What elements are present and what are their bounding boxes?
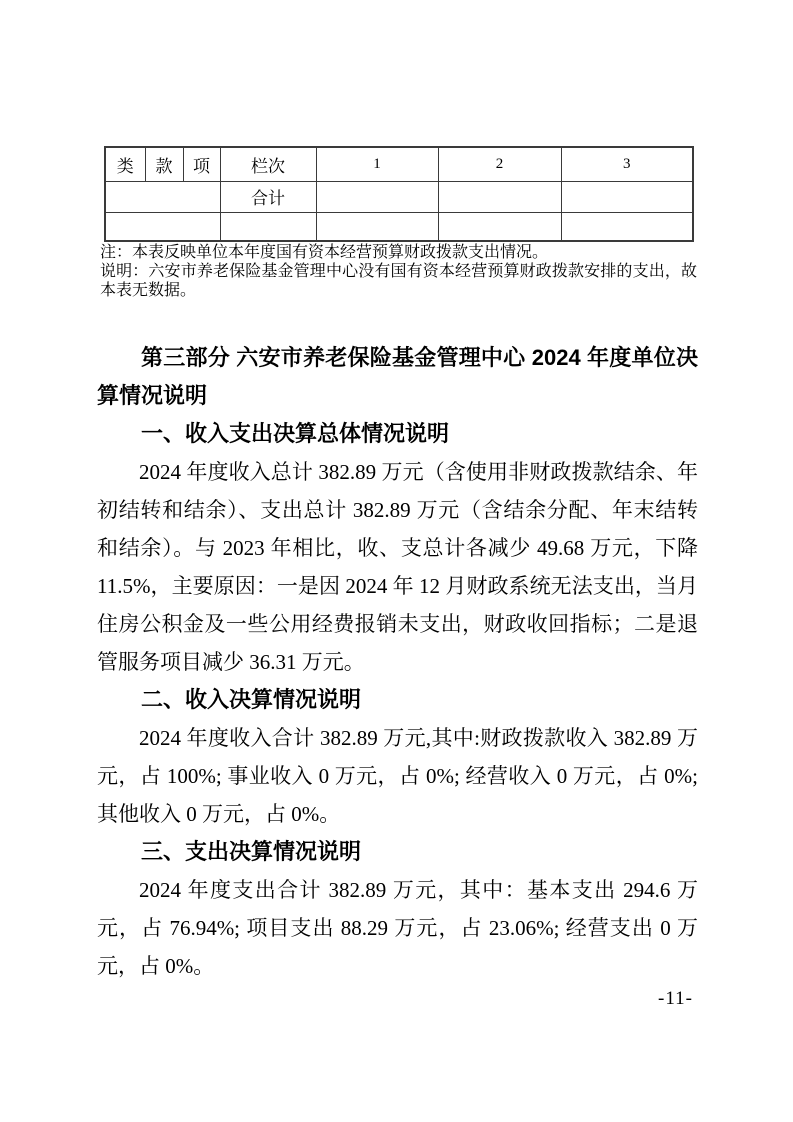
header-cell-category: 类 [105, 147, 145, 181]
section2-paragraph: 2024 年度收入合计 382.89 万元,其中:财政拨款收入 382.89 万… [97, 719, 698, 833]
header-cell-col2: 2 [438, 147, 561, 181]
section1-paragraph: 2024 年度收入总计 382.89 万元（含使用非财政拨款结余、年初结转和结余… [97, 453, 698, 681]
document-page: 类 款 项 栏次 1 2 3 合计 [0, 0, 793, 1122]
header-cell-section: 款 [145, 147, 183, 181]
section2-heading: 二、收入决算情况说明 [97, 681, 698, 719]
section1-heading: 一、收入支出决算总体情况说明 [97, 415, 698, 453]
part3-heading: 第三部分 六安市养老保险基金管理中心 2024 年度单位决算情况说明 [97, 339, 698, 415]
table-total-row: 合计 [105, 181, 693, 212]
table-explanation-line: 说明：六安市养老保险基金管理中心没有国有资本经营预算财政拨款安排的支出，故本表无… [100, 262, 697, 300]
empty-row-value-cell-2 [438, 212, 561, 241]
empty-row-label-cell [220, 212, 316, 241]
total-row-label-cell: 合计 [220, 181, 316, 212]
page-number: -11- [658, 988, 693, 1010]
table-empty-row [105, 212, 693, 241]
main-text: 第三部分 六安市养老保险基金管理中心 2024 年度单位决算情况说明 一、收入支… [97, 339, 698, 985]
header-cell-col3: 3 [561, 147, 693, 181]
total-row-value-cell-1 [316, 181, 438, 212]
total-row-value-cell-2 [438, 181, 561, 212]
empty-row-blank-cell [105, 212, 220, 241]
table-notes: 注：本表反映单位本年度国有资本经营预算财政拨款支出情况。 说明：六安市养老保险基… [100, 243, 697, 300]
table-header-row: 类 款 项 栏次 1 2 3 [105, 147, 693, 181]
header-cell-col1: 1 [316, 147, 438, 181]
header-cell-column-label: 栏次 [220, 147, 316, 181]
section3-heading: 三、支出决算情况说明 [97, 833, 698, 871]
table-note-line: 注：本表反映单位本年度国有资本经营预算财政拨款支出情况。 [100, 243, 697, 262]
empty-row-value-cell-3 [561, 212, 693, 241]
header-cell-item: 项 [183, 147, 220, 181]
state-capital-budget-table: 类 款 项 栏次 1 2 3 合计 [104, 146, 694, 242]
section3-paragraph: 2024 年度支出合计 382.89 万元，其中：基本支出 294.6 万元，占… [97, 871, 698, 985]
total-row-value-cell-3 [561, 181, 693, 212]
empty-row-value-cell-1 [316, 212, 438, 241]
total-row-blank-cell [105, 181, 220, 212]
